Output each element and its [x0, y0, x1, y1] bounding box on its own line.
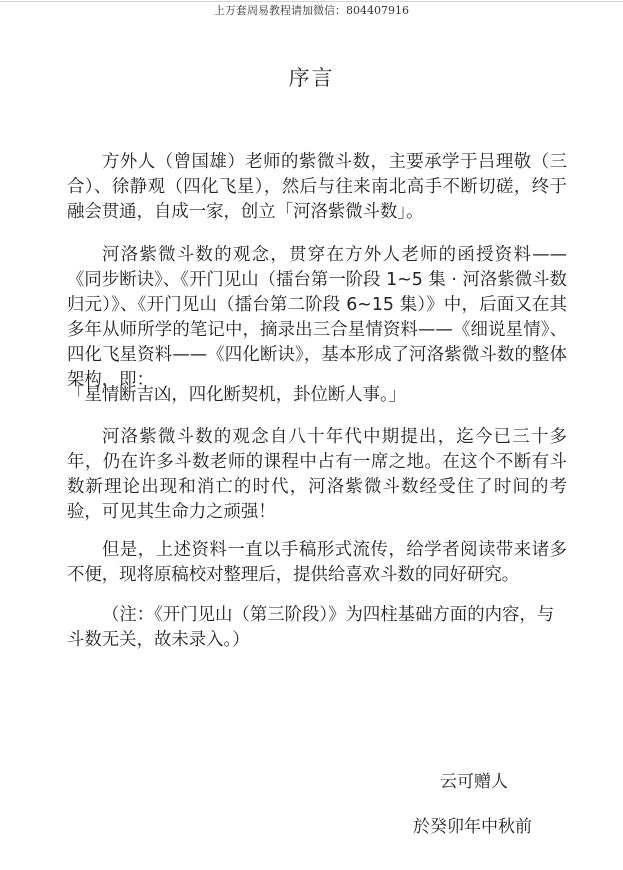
note-paragraph: （注：《开门见山（第三阶段）》为四柱基础方面的内容，与斗数无关，故未录入。） [67, 603, 567, 653]
header-note: 上万套周易教程请加微信：804407916 [0, 4, 623, 18]
note-block: （注：《开门见山（第三阶段）》为四柱基础方面的内容，与斗数无关，故未录入。） [67, 603, 567, 653]
paragraph-3: 河洛紫微斗数的观念自八十年代中期提出，迄今已三十多年，仍在许多斗数老师的课程中占… [67, 425, 567, 525]
paragraph-2-block: 河洛紫微斗数的观念，贯穿在方外人老师的函授资料——《同步断诀》、《开门见山（擂台… [67, 243, 567, 393]
page-title: 序言 [0, 64, 623, 92]
paragraph-3-block: 河洛紫微斗数的观念自八十年代中期提出，迄今已三十多年，仍在许多斗数老师的课程中占… [67, 425, 567, 525]
signature-date: 於癸卯年中秋前 [413, 816, 532, 838]
quote-block: 「星情断吉凶，四化断契机，卦位断人事。」 [67, 383, 567, 408]
paragraph-4: 但是，上述资料一直以手稿形式流传，给学者阅读带来诸多不便，现将原稿校对整理后，提… [67, 538, 567, 588]
paragraph-1: 方外人（曾国雄）老师的紫微斗数，主要承学于吕理敬（三合）、徐静观（四化飞星），然… [67, 150, 567, 225]
paragraph-2: 河洛紫微斗数的观念，贯穿在方外人老师的函授资料——《同步断诀》、《开门见山（擂台… [67, 243, 567, 393]
top-rule [0, 1, 623, 2]
signature-giver: 云可赠人 [440, 771, 508, 793]
paragraph-4-block: 但是，上述资料一直以手稿形式流传，给学者阅读带来诸多不便，现将原稿校对整理后，提… [67, 538, 567, 588]
paragraph-1-block: 方外人（曾国雄）老师的紫微斗数，主要承学于吕理敬（三合）、徐静观（四化飞星），然… [67, 150, 567, 225]
motto-quote: 「星情断吉凶，四化断契机，卦位断人事。」 [67, 383, 567, 408]
